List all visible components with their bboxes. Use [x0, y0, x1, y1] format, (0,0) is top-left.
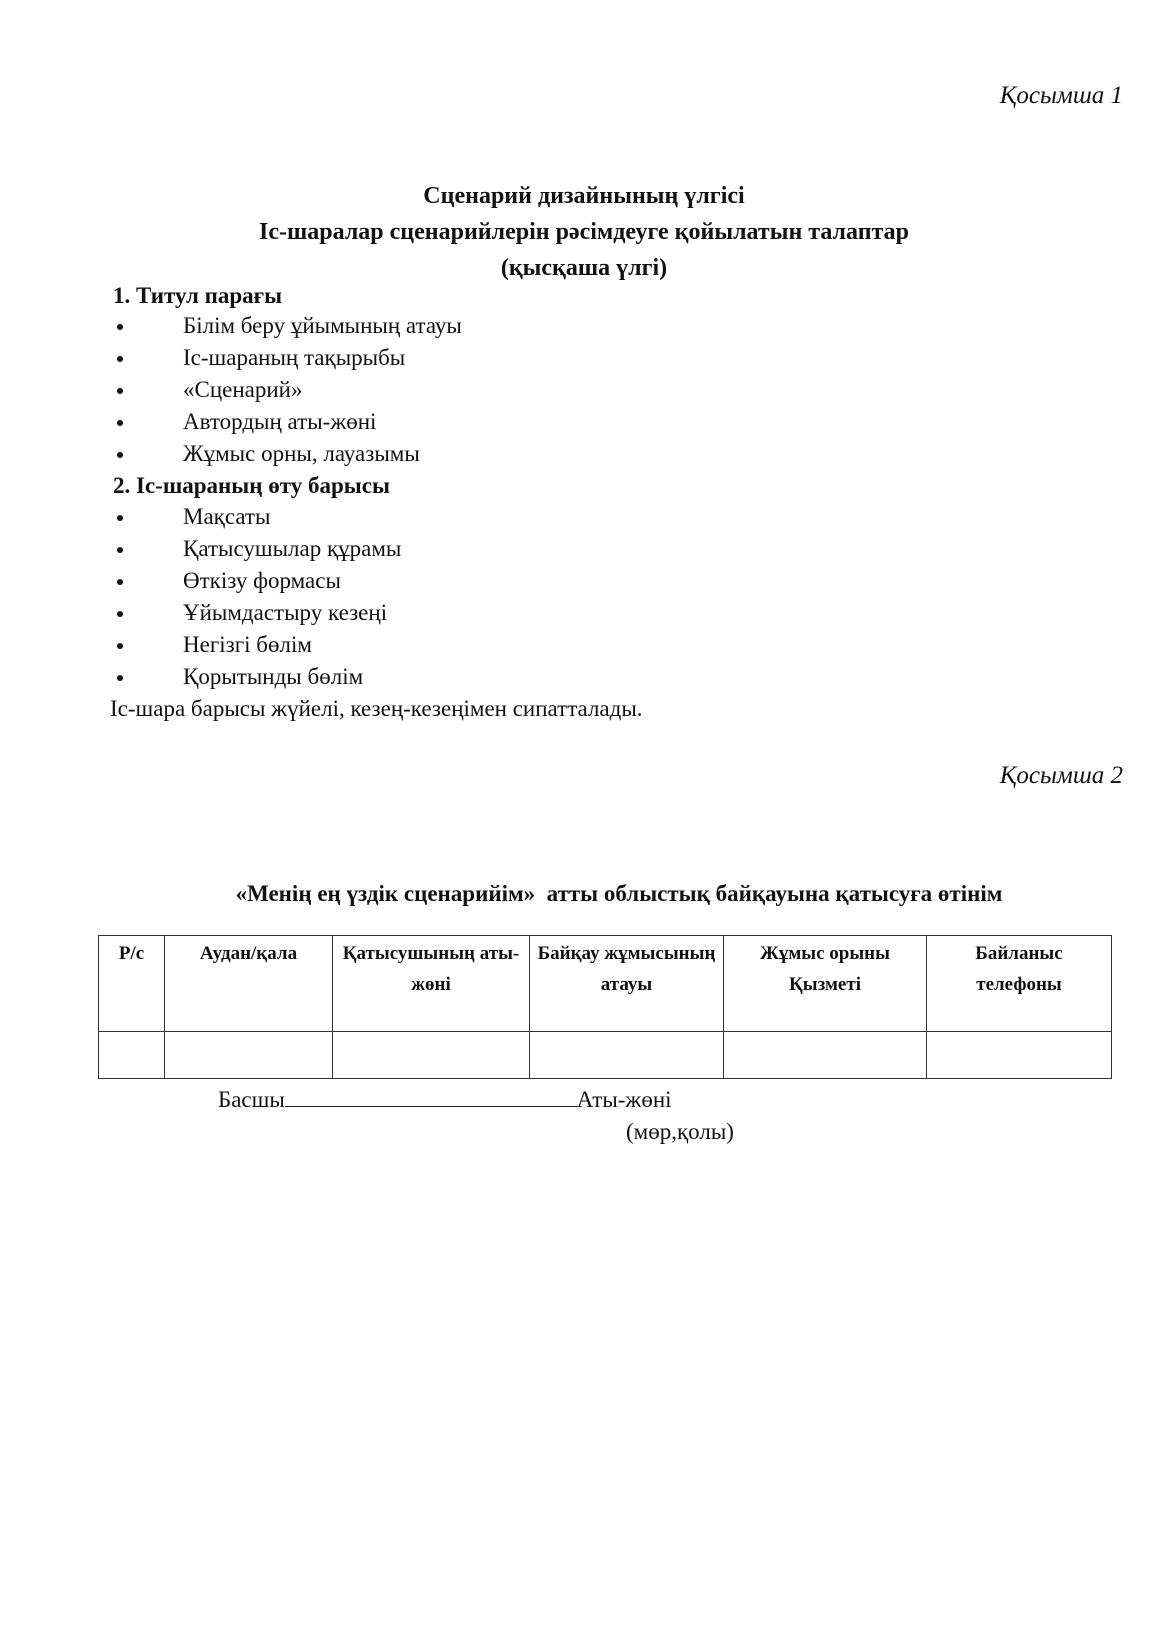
bullet-icon	[117, 515, 123, 521]
document-title: Сценарий дизайнының үлгісі Іс-шаралар сц…	[0, 178, 1168, 286]
column-header-participant-name: Қатысушының аты-жөні	[333, 936, 530, 1032]
bullet-icon	[117, 388, 123, 394]
table-cell[interactable]	[333, 1032, 530, 1079]
appendix-1-label: Қосымша 1	[1000, 82, 1123, 110]
column-header-phone: Байланыс телефоны	[927, 936, 1112, 1032]
bullet-icon	[117, 643, 123, 649]
signature-line: БасшыАты-жөні	[218, 1084, 672, 1113]
seal-label: (мөр,қолы)	[626, 1119, 734, 1145]
signature-field[interactable]	[285, 1084, 577, 1107]
bullet-icon	[117, 579, 123, 585]
process-note: Іс-шара барысы жүйелі, кезең-кезеңімен с…	[110, 696, 643, 722]
application-form-title: «Менің ең үздік сценарийім» атты облысты…	[0, 881, 1168, 907]
column-header-number: Р/с	[99, 936, 165, 1032]
bullet-icon	[117, 547, 123, 553]
bullet-icon	[117, 452, 123, 458]
column-header-work-title: Байқау жұмысының атауы	[530, 936, 724, 1032]
appendix-2-label: Қосымша 2	[1000, 762, 1123, 790]
title-line-3: (қысқаша үлгі)	[0, 250, 1168, 286]
section-1-heading: 1. Титул парағы	[113, 283, 282, 309]
name-label: Аты-жөні	[577, 1087, 672, 1112]
title-line-2: Іс-шаралар сценарийлерін рәсімдеуге қойы…	[0, 214, 1168, 250]
bullet-icon	[117, 356, 123, 362]
column-header-district: Аудан/қала	[165, 936, 333, 1032]
title-line-1: Сценарий дизайнының үлгісі	[0, 178, 1168, 214]
column-header-workplace-position: Жұмыс орыны Қызметі	[724, 936, 927, 1032]
application-table: Р/с Аудан/қала Қатысушының аты-жөні Байқ…	[98, 935, 1112, 1079]
table-cell[interactable]	[927, 1032, 1112, 1079]
table-row	[99, 1032, 1112, 1079]
head-label: Басшы	[218, 1087, 285, 1112]
bullet-icon	[117, 420, 123, 426]
bullet-icon	[117, 611, 123, 617]
table-header-row: Р/с Аудан/қала Қатысушының аты-жөні Байқ…	[99, 936, 1112, 1032]
bullet-icon	[117, 324, 123, 330]
table-cell[interactable]	[165, 1032, 333, 1079]
bullet-icon	[117, 675, 123, 681]
table-cell[interactable]	[530, 1032, 724, 1079]
table-cell[interactable]	[99, 1032, 165, 1079]
section-2-heading: 2. Іс-шараның өту барысы	[113, 473, 390, 499]
table-cell[interactable]	[724, 1032, 927, 1079]
